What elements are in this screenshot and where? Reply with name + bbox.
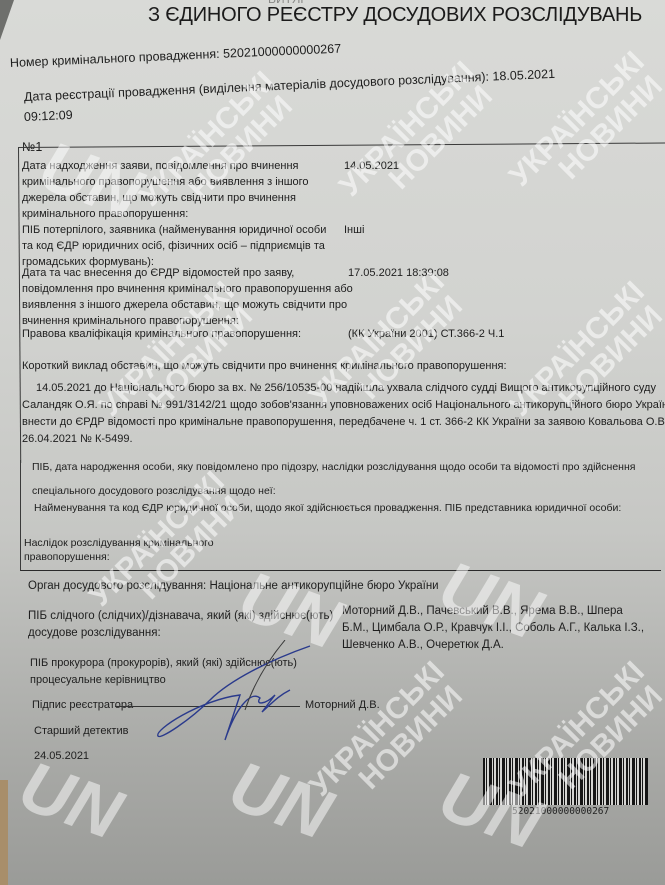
case-number-label: Номер кримінального провадження: bbox=[10, 47, 220, 70]
authority-row: Орган досудового розслідування: Націонал… bbox=[28, 578, 439, 594]
summary-label: Короткий виклад обставин, що можуть свід… bbox=[22, 358, 507, 374]
authority-label: Орган досудового розслідування: bbox=[28, 580, 206, 592]
registration-label: Дата реєстрації провадження (виділення м… bbox=[24, 70, 490, 104]
field-entry-datetime-label: Дата та час внесення до ЄРДР відомостей … bbox=[22, 265, 353, 329]
field-receipt-date-label: Дата надходження заяви, повідомлення про… bbox=[22, 158, 309, 222]
summary-text: 14.05.2021 до Національного бюро за вх. … bbox=[22, 380, 665, 448]
registration-time: 09:12:09 bbox=[24, 108, 73, 124]
suspect-label: ПІБ, дата народження особи, яку повідомл… bbox=[32, 455, 635, 503]
field-qualification-label: Правова кваліфікація кримінального право… bbox=[22, 326, 301, 342]
case-number-row: Номер кримінального провадження: 5202100… bbox=[10, 42, 342, 70]
document-photo: ВИТЯГ З ЄДИНОГО РЕЄСТРУ ДОСУДОВИХ РОЗСЛІ… bbox=[0, 0, 665, 885]
field-victim-value: Інші bbox=[344, 222, 364, 238]
investigators-value: Моторний Д.В., Пачевський В.В., Ярема В.… bbox=[342, 603, 644, 654]
barcode bbox=[483, 758, 648, 805]
field-victim-label: ПІБ потерпілого, заявника (найменування … bbox=[22, 222, 326, 270]
handwritten-signature bbox=[150, 640, 320, 750]
field-entry-datetime-value: 17.05.2021 18:39:08 bbox=[348, 265, 449, 281]
result-label: Наслідок розслідування кримінального пра… bbox=[24, 536, 214, 564]
case-number: 52021000000000267 bbox=[223, 42, 342, 61]
paper-corner-shadow bbox=[0, 0, 14, 40]
issue-date: 24.05.2021 bbox=[34, 748, 89, 764]
watermark-text: УКРАЇНСЬКІНОВИНИ bbox=[305, 657, 472, 824]
registration-date: 18.05.2021 bbox=[492, 67, 555, 84]
investigators-label: ПІБ слідчого (слідчих)/дізнавача, який (… bbox=[28, 608, 333, 642]
registration-row: Дата реєстрації провадження (виділення м… bbox=[24, 67, 556, 104]
watermark-logo-icon: UN bbox=[219, 745, 341, 855]
document-title: З ЄДИНОГО РЕЄСТРУ ДОСУДОВИХ РОЗСЛІДУВАНЬ bbox=[148, 4, 642, 27]
legal-entity-label: Найменування та код ЄДР юридичної особи,… bbox=[34, 500, 621, 516]
barcode-number: 52021000000000267 bbox=[512, 806, 609, 817]
authority-value: Національне антикорупційне бюро України bbox=[209, 580, 438, 592]
registrar-position: Старший детектив bbox=[34, 723, 128, 739]
field-qualification-value: (КК України 2001) СТ.366-2 Ч.1 bbox=[348, 326, 504, 342]
registrar-signature-label: Підпис реєстратора bbox=[32, 697, 133, 713]
signature-stroke bbox=[158, 646, 310, 740]
table-edge bbox=[0, 780, 8, 885]
field-receipt-date-value: 14.05.2021 bbox=[344, 158, 399, 174]
